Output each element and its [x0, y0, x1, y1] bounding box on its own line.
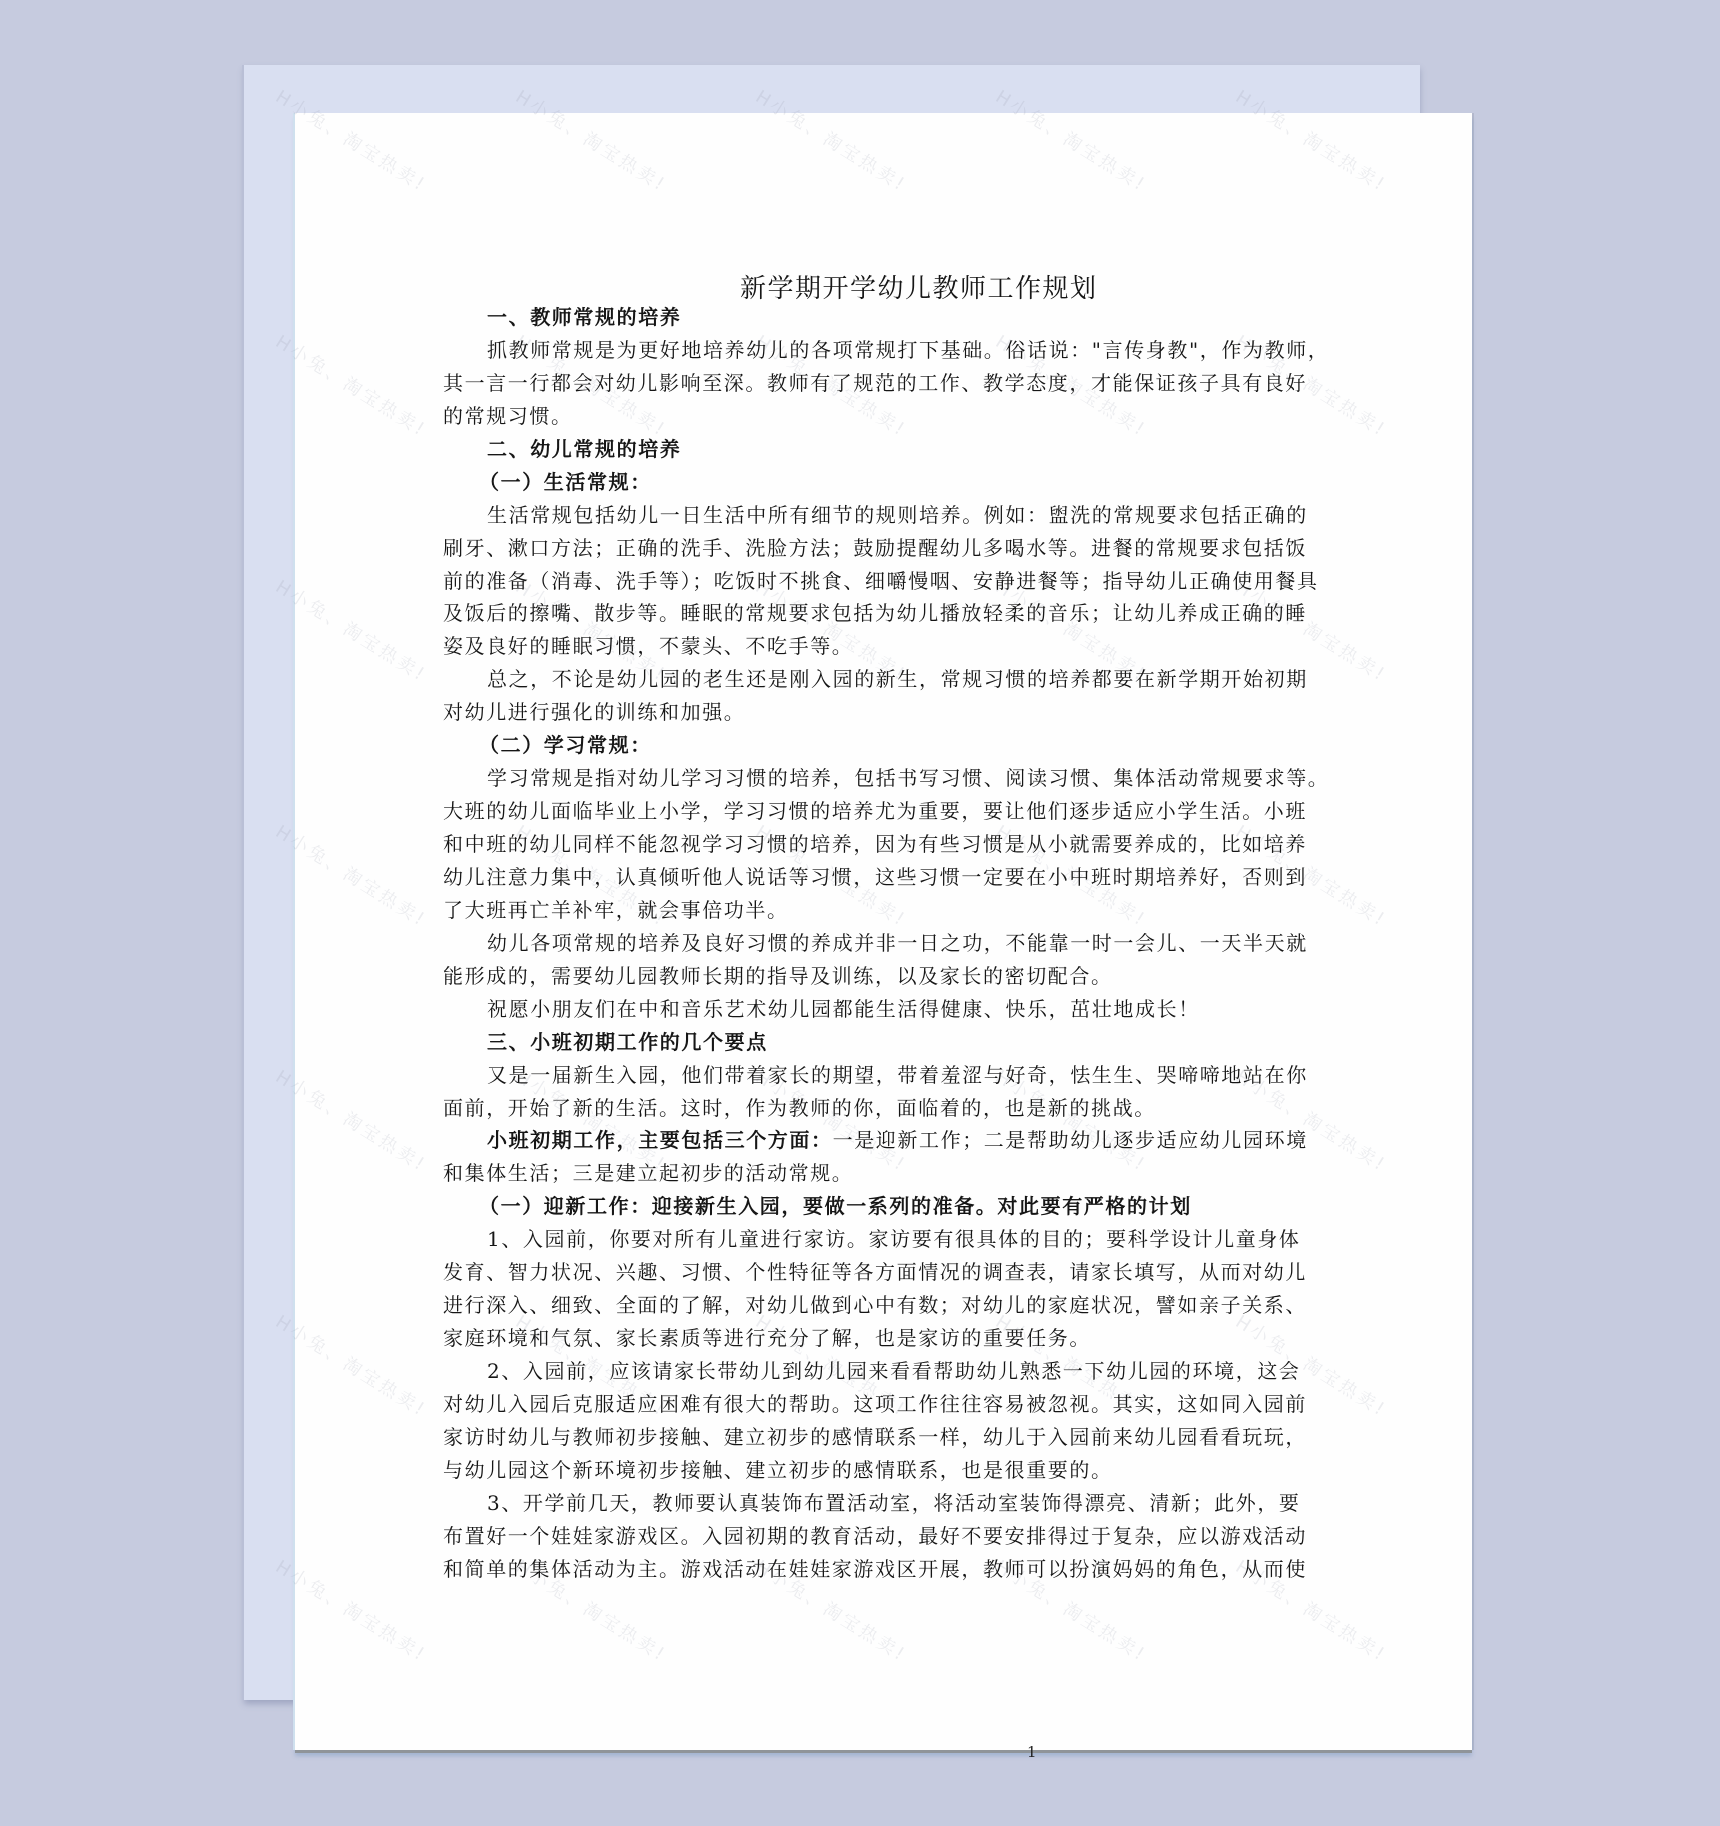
paragraph-line: 前的准备（消毒、洗手等）；吃饭时不挑食、细嚼慢咽、安静进餐等；指导幼儿正确使用餐… [443, 565, 1323, 598]
paragraph-line: 能形成的，需要幼儿园教师长期的指导及训练，以及家长的密切配合。 [443, 960, 1323, 993]
subheading-line: （二）学习常规： [443, 729, 1323, 762]
paragraph-line: 及饭后的擦嘴、散步等。睡眠的常规要求包括为幼儿播放轻柔的音乐；让幼儿养成正确的睡 [443, 597, 1323, 630]
paragraph-line: 生活常规包括幼儿一日生活中所有细节的规则培养。例如：盥洗的常规要求包括正确的 [443, 499, 1323, 532]
subheading-line: （一）生活常规： [443, 466, 1323, 499]
document-page: H小兔、淘宝热卖!H小兔、淘宝热卖!H小兔、淘宝热卖!H小兔、淘宝热卖!H小兔、… [295, 113, 1472, 1750]
heading-line: 一、教师常规的培养 [443, 301, 1323, 334]
paragraph-line: 对幼儿入园后克服适应困难有很大的帮助。这项工作往往容易被忽视。其实，这如同入园前 [443, 1388, 1323, 1421]
paragraph-line: 面前，开始了新的生活。这时，作为教师的你，面临着的，也是新的挑战。 [443, 1092, 1323, 1125]
paragraph-line: 和简单的集体活动为主。游戏活动在娃娃家游戏区开展，教师可以扮演妈妈的角色，从而使 [443, 1553, 1323, 1586]
watermark-text: H小兔、淘宝热卖! [271, 1308, 432, 1422]
paragraph-line: 总之，不论是幼儿园的老生还是刚入园的新生，常规习惯的培养都要在新学期开始初期 [443, 663, 1323, 696]
paragraph-line: 和中班的幼儿同样不能忽视学习习惯的培养，因为有些习惯是从小就需要养成的，比如培养 [443, 828, 1323, 861]
paragraph-line: 和集体生活；三是建立起初步的活动常规。 [443, 1157, 1323, 1190]
page-number: 1 [1027, 1743, 1037, 1761]
watermark-text: H小兔、淘宝热卖! [271, 1553, 432, 1667]
watermark-text: H小兔、淘宝热卖! [271, 573, 432, 687]
paragraph-line: 又是一届新生入园，他们带着家长的期望，带着羞涩与好奇，怯生生、哭啼啼地站在你 [443, 1059, 1323, 1092]
document-lines: 一、教师常规的培养 抓教师常规是为更好地培养幼儿的各项常规打下基础。俗话说："言… [443, 301, 1323, 1586]
watermark-text: H小兔、淘宝热卖! [271, 818, 432, 932]
paragraph-line: 刷牙、漱口方法；正确的洗手、洗脸方法；鼓励提醒幼儿多喝水等。进餐的常规要求包括饭 [443, 532, 1323, 565]
paragraph-line: 发育、智力状况、兴趣、习惯、个性特征等各方面情况的调查表，请家长填写，从而对幼儿 [443, 1256, 1323, 1289]
watermark-text: H小兔、淘宝热卖! [271, 328, 432, 442]
paragraph-line: 1、入园前，你要对所有儿童进行家访。家访要有很具体的目的；要科学设计儿童身体 [443, 1223, 1323, 1256]
paragraph-line: 3、开学前几天，教师要认真装饰布置活动室，将活动室装饰得漂亮、清新；此外，要 [443, 1487, 1323, 1520]
paragraph-line: 其一言一行都会对幼儿影响至深。教师有了规范的工作、教学态度，才能保证孩子具有良好 [443, 367, 1323, 400]
paragraph-line: 学习常规是指对幼儿学习习惯的培养，包括书写习惯、阅读习惯、集体活动常规要求等。 [443, 762, 1323, 795]
paragraph-line: 姿及良好的睡眠习惯，不蒙头、不吃手等。 [443, 630, 1323, 663]
paragraph-line: 大班的幼儿面临毕业上小学，学习习惯的培养尤为重要，要让他们逐步适应小学生活。小班 [443, 795, 1323, 828]
paragraph-line: 对幼儿进行强化的训练和加强。 [443, 696, 1323, 729]
paragraph-line-mixed: 小班初期工作，主要包括三个方面：一是迎新工作；二是帮助幼儿逐步适应幼儿园环境 [443, 1124, 1323, 1157]
paragraph-line: 幼儿各项常规的培养及良好习惯的养成并非一日之功，不能靠一时一会儿、一天半天就 [443, 927, 1323, 960]
bold-lead-text: 小班初期工作，主要包括三个方面： [487, 1128, 833, 1152]
paragraph-rest-text: 一是迎新工作；二是帮助幼儿逐步适应幼儿园环境 [833, 1128, 1308, 1152]
watermark-text: H小兔、淘宝热卖! [271, 1063, 432, 1177]
paragraph-line: 与幼儿园这个新环境初步接触、建立初步的感情联系，也是很重要的。 [443, 1454, 1323, 1487]
paragraph-line: 家访时幼儿与教师初步接触、建立初步的感情联系一样，幼儿于入园前来幼儿园看看玩玩， [443, 1421, 1323, 1454]
paragraph-line: 祝愿小朋友们在中和音乐艺术幼儿园都能生活得健康、快乐，茁壮地成长！ [443, 993, 1323, 1026]
paragraph-line: 进行深入、细致、全面的了解，对幼儿做到心中有数；对幼儿的家庭状况，譬如亲子关系、 [443, 1289, 1323, 1322]
subheading-line: （一）迎新工作：迎接新生入园，要做一系列的准备。对此要有严格的计划 [443, 1190, 1323, 1223]
paragraph-line: 幼儿注意力集中，认真倾听他人说话等习惯，这些习惯一定要在小中班时期培养好，否则到 [443, 861, 1323, 894]
paragraph-line: 了大班再亡羊补牢，就会事倍功半。 [443, 894, 1323, 927]
paragraph-line: 抓教师常规是为更好地培养幼儿的各项常规打下基础。俗话说："言传身教"，作为教师， [443, 334, 1323, 367]
paragraph-line: 的常规习惯。 [443, 400, 1323, 433]
paragraph-line: 家庭环境和气氛、家长素质等进行充分了解，也是家访的重要任务。 [443, 1322, 1323, 1355]
heading-line: 二、幼儿常规的培养 [443, 433, 1323, 466]
heading-line: 三、小班初期工作的几个要点 [443, 1026, 1323, 1059]
paragraph-line: 布置好一个娃娃家游戏区。入园初期的教育活动，最好不要安排得过于复杂，应以游戏活动 [443, 1520, 1323, 1553]
paragraph-line: 2、入园前，应该请家长带幼儿到幼儿园来看看帮助幼儿熟悉一下幼儿园的环境，这会 [443, 1355, 1323, 1388]
